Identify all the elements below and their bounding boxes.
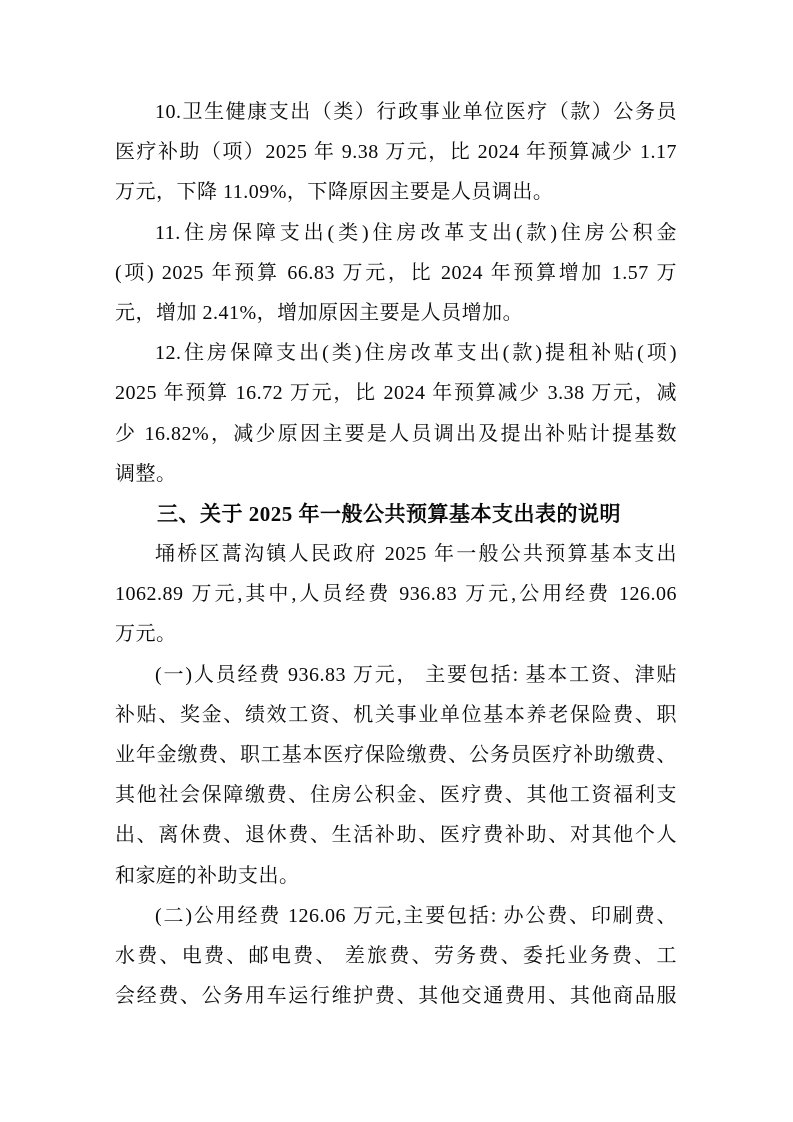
section-heading-text: 三、关于 2025 年一般公共预算基本支出表的说明 <box>115 494 677 534</box>
text-line: 11.住房保障支出(类)住房改革支出(款)住房公积金 <box>115 213 677 253</box>
paragraph-item-12-rent-subsidy: 12.住房保障支出(类)住房改革支出(款)提租补贴(项) 2025 年预算 16… <box>115 333 677 494</box>
paragraph-public-expense-detail: (二)公用经费 126.06 万元,主要包括: 办公费、印刷费、 水费、电费、邮… <box>115 896 677 1017</box>
section-3-heading: 三、关于 2025 年一般公共预算基本支出表的说明 <box>115 494 677 534</box>
document-page: 10.卫生健康支出（类）行政事业单位医疗（款）公务员 医疗补助（项）2025 年… <box>0 0 793 1122</box>
text-line: 2025 年预算 16.72 万元，比 2024 年预算减少 3.38 万元，减 <box>115 373 677 413</box>
text-line: 和家庭的补助支出。 <box>115 856 677 896</box>
text-line: 业年金缴费、职工基本医疗保险缴费、公务员医疗补助缴费、 <box>115 735 677 775</box>
text-line: 出、离休费、退休费、生活补助、医疗费补助、对其他个人 <box>115 815 677 855</box>
text-line: 元，增加 2.41%，增加原因主要是人员增加。 <box>115 293 677 333</box>
paragraph-basic-expenditure-total: 埇桥区蒿沟镇人民政府 2025 年一般公共预算基本支出 1062.89 万元,其… <box>115 534 677 655</box>
text-line: 补贴、奖金、绩效工资、机关事业单位基本养老保险费、职 <box>115 695 677 735</box>
text-line: 万元。 <box>115 614 677 654</box>
text-line: 其他社会保障缴费、住房公积金、医疗费、其他工资福利支 <box>115 775 677 815</box>
text-line: 埇桥区蒿沟镇人民政府 2025 年一般公共预算基本支出 <box>115 534 677 574</box>
text-line: (一)人员经费 936.83 万元， 主要包括: 基本工资、津贴 <box>115 655 677 695</box>
paragraph-personnel-expense-detail: (一)人员经费 936.83 万元， 主要包括: 基本工资、津贴 补贴、奖金、绩… <box>115 655 677 896</box>
paragraph-item-10-health-expenditure: 10.卫生健康支出（类）行政事业单位医疗（款）公务员 医疗补助（项）2025 年… <box>115 92 677 213</box>
text-line: 医疗补助（项）2025 年 9.38 万元，比 2024 年预算减少 1.17 <box>115 132 677 172</box>
text-line: 会经费、公务用车运行维护费、其他交通费用、其他商品服 <box>115 976 677 1016</box>
text-line: 12.住房保障支出(类)住房改革支出(款)提租补贴(项) <box>115 333 677 373</box>
text-line: 10.卫生健康支出（类）行政事业单位医疗（款）公务员 <box>115 92 677 132</box>
text-line: 调整。 <box>115 454 677 494</box>
text-line: 水费、电费、邮电费、 差旅费、劳务费、委托业务费、工 <box>115 936 677 976</box>
text-line: 1062.89 万元,其中,人员经费 936.83 万元,公用经费 126.06 <box>115 574 677 614</box>
text-line: (二)公用经费 126.06 万元,主要包括: 办公费、印刷费、 <box>115 896 677 936</box>
text-line: (项) 2025 年预算 66.83 万元，比 2024 年预算增加 1.57 … <box>115 253 677 293</box>
text-line: 少 16.82%，减少原因主要是人员调出及提出补贴计提基数 <box>115 414 677 454</box>
paragraph-item-11-housing-fund: 11.住房保障支出(类)住房改革支出(款)住房公积金 (项) 2025 年预算 … <box>115 213 677 334</box>
text-line: 万元，下降 11.09%，下降原因主要是人员调出。 <box>115 172 677 212</box>
